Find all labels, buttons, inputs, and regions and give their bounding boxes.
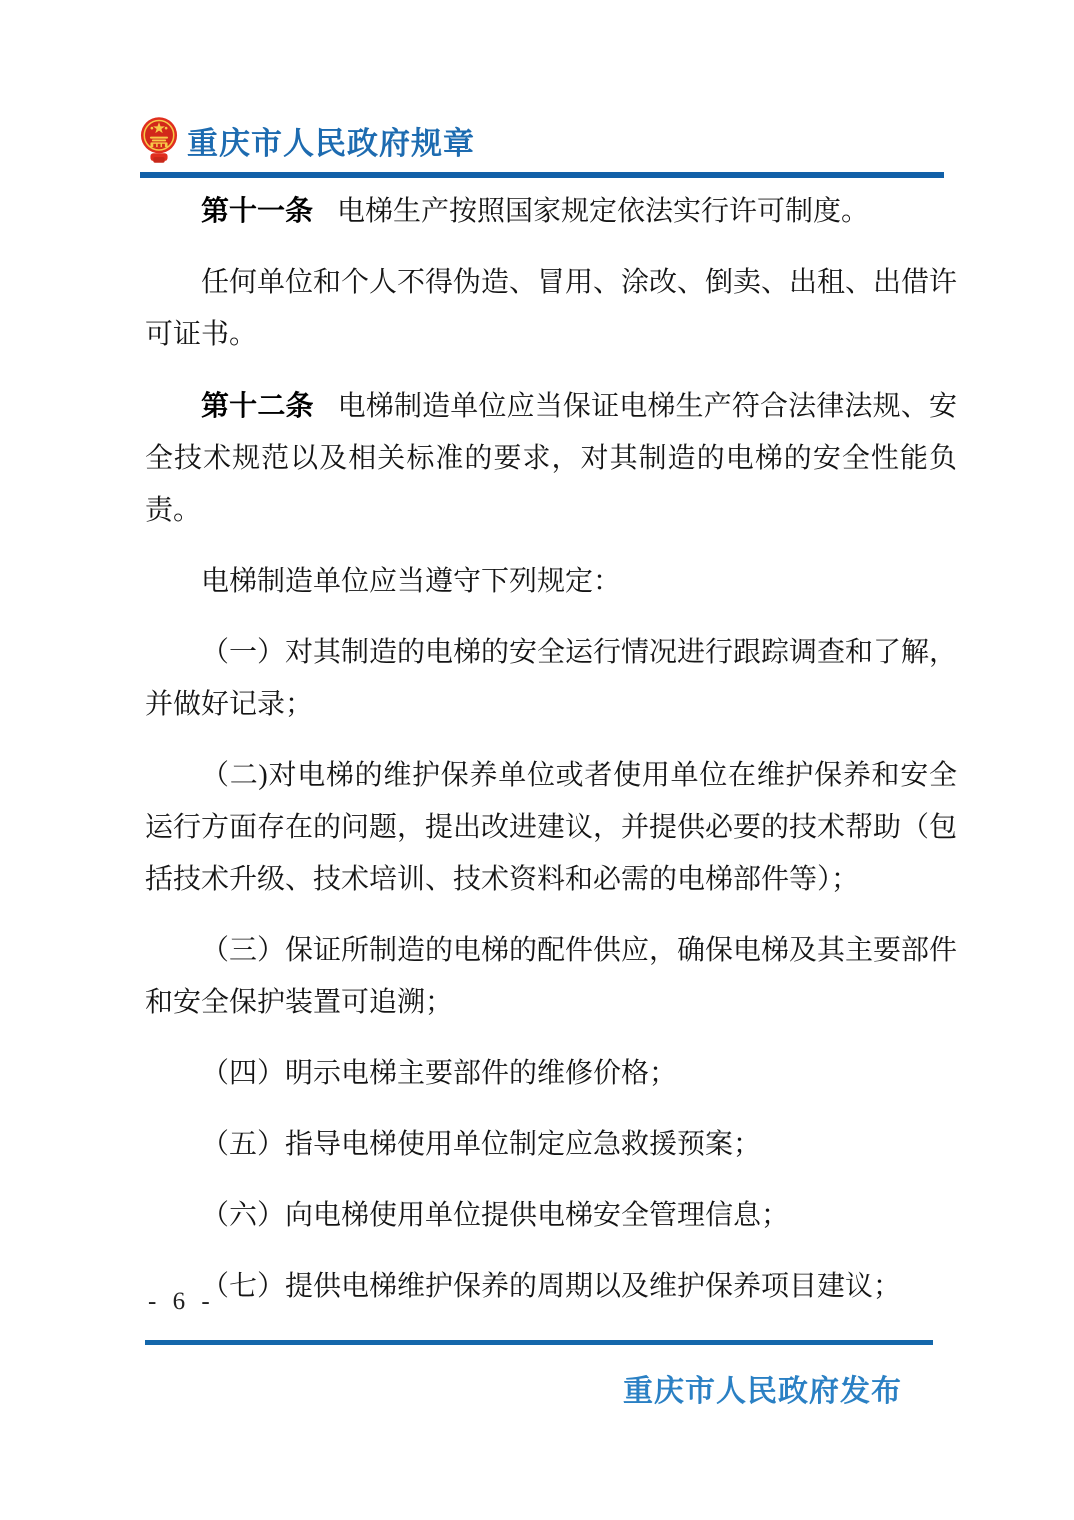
paragraph-item-1: （一）对其制造的电梯的安全运行情况进行跟踪调查和了解，并做好记录； xyxy=(145,627,957,731)
document-page: 重庆市人民政府规章 第十一条电梯生产按照国家规定依法实行许可制度。 任何单位和个… xyxy=(0,0,1074,1520)
paragraph-text: 电梯生产按照国家规定依法实行许可制度。 xyxy=(337,196,869,227)
article-number: 第十二条 xyxy=(201,390,314,421)
paragraph-article-11: 第十一条电梯生产按照国家规定依法实行许可制度。 xyxy=(145,185,957,238)
publisher-label: 重庆市人民政府发布 xyxy=(623,1366,902,1410)
page-header: 重庆市人民政府规章 xyxy=(140,114,944,178)
paragraph: 电梯制造单位应当遵守下列规定： xyxy=(145,556,957,608)
header-row: 重庆市人民政府规章 xyxy=(140,114,944,166)
document-body: 第十一条电梯生产按照国家规定依法实行许可制度。 任何单位和个人不得伪造、冒用、涂… xyxy=(145,185,957,1332)
page-number: - 6 - xyxy=(148,1288,215,1316)
paragraph-item-4: （四）明示电梯主要部件的维修价格； xyxy=(145,1048,957,1100)
article-number: 第十一条 xyxy=(201,195,313,226)
paragraph: 任何单位和个人不得伪造、冒用、涂改、倒卖、出租、出借许可证书。 xyxy=(145,257,957,361)
paragraph-item-2: （二)对电梯的维护保养单位或者使用单位在维护保养和安全运行方面存在的问题，提出改… xyxy=(145,750,957,906)
paragraph-article-12: 第十二条电梯制造单位应当保证电梯生产符合法律法规、安全技术规范以及相关标准的要求… xyxy=(145,380,957,537)
paragraph-item-3: （三）保证所制造的电梯的配件供应，确保电梯及其主要部件和安全保护装置可追溯； xyxy=(145,925,957,1029)
footer-divider xyxy=(145,1340,933,1345)
header-divider xyxy=(140,172,944,178)
paragraph-item-7: （七）提供电梯维护保养的周期以及维护保养项目建议； xyxy=(145,1261,957,1313)
national-emblem-icon xyxy=(140,115,178,165)
paragraph-item-5: （五）指导电梯使用单位制定应急救援预案； xyxy=(145,1119,957,1171)
page-title: 重庆市人民政府规章 xyxy=(187,118,475,163)
paragraph-item-6: （六）向电梯使用单位提供电梯安全管理信息； xyxy=(145,1190,957,1242)
